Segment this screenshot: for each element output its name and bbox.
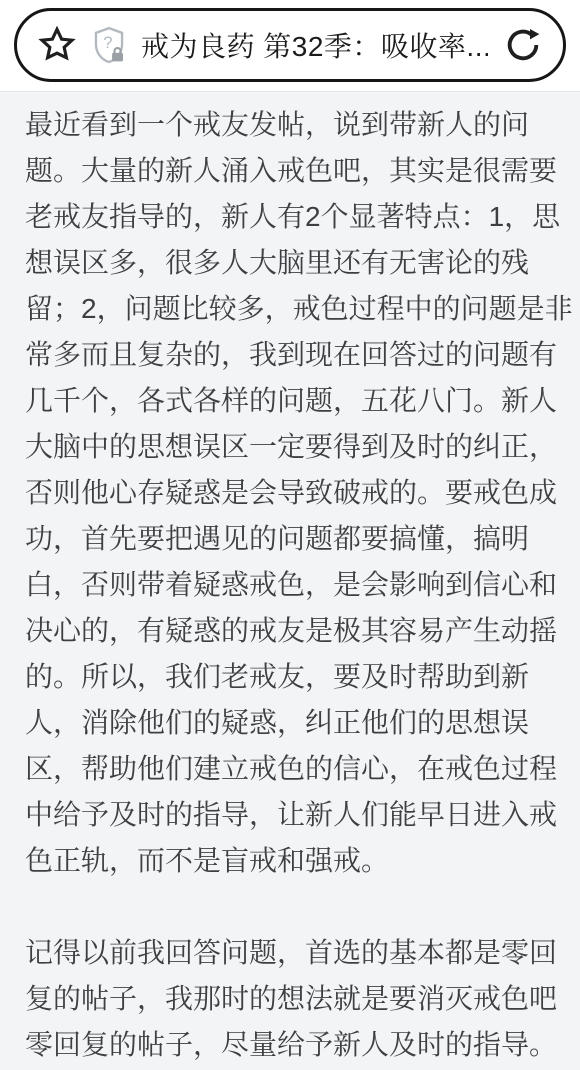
text-line: 否则他心存疑惑是会导致破戒的。要戒色成 — [25, 470, 555, 516]
text-line: 留；2，问题比较多，戒色过程中的问题是非 — [25, 286, 555, 332]
text-line: 几千个，各式各样的问题，五花八门。新人 — [25, 378, 555, 424]
text-line: 区，帮助他们建立戒色的信心，在戒色过程 — [25, 746, 555, 792]
text-line: 大脑中的思想误区一定要得到及时的纠正， — [25, 424, 555, 470]
text-line: 常多而且复杂的，我到现在回答过的问题有 — [25, 332, 555, 378]
text-line: 复的帖子，我那时的想法就是要消灭戒色吧 — [25, 976, 555, 1022]
paragraph: 记得以前我回答问题，首选的基本都是零回复的帖子，我那时的想法就是要消灭戒色吧零回… — [25, 930, 555, 1068]
privacy-shield-icon[interactable]: ? — [92, 26, 126, 64]
address-bar-title[interactable]: 戒为良药 第32季：吸收率... — [141, 25, 488, 65]
text-line: 功，首先要把遇见的问题都要搞懂，搞明 — [25, 516, 555, 562]
article: 最近看到一个戒友发帖，说到带新人的问题。大量的新人涌入戒色吧，其实是很需要老戒友… — [0, 92, 580, 1068]
bookmark-star-icon[interactable] — [37, 25, 77, 65]
text-line: 记得以前我回答问题，首选的基本都是零回 — [25, 930, 555, 976]
text-line: 人，消除他们的疑惑，纠正他们的思想误 — [25, 700, 555, 746]
browser-toolbar: ? 戒为良药 第32季：吸收率... — [0, 0, 580, 92]
text-line: 想误区多，很多人大脑里还有无害论的残 — [25, 240, 555, 286]
question-glyph: ? — [103, 33, 112, 52]
text-line: 白，否则带着疑惑戒色，是会影响到信心和 — [25, 562, 555, 608]
text-line: 决心的，有疑惑的戒友是极其容易产生动摇 — [25, 608, 555, 654]
address-bar[interactable]: ? 戒为良药 第32季：吸收率... — [14, 8, 566, 82]
text-line: 最近看到一个戒友发帖，说到带新人的问 — [25, 102, 555, 148]
refresh-icon[interactable] — [503, 25, 543, 65]
text-line: 色正轨，而不是盲戒和强戒。 — [25, 838, 555, 884]
paragraph: 最近看到一个戒友发帖，说到带新人的问题。大量的新人涌入戒色吧，其实是很需要老戒友… — [25, 102, 555, 884]
text-line: 老戒友指导的，新人有2个显著特点：1，思 — [25, 194, 555, 240]
text-line: 的。所以，我们老戒友，要及时帮助到新 — [25, 654, 555, 700]
text-line: 中给予及时的指导，让新人们能早日进入戒 — [25, 792, 555, 838]
text-line: 零回复的帖子，尽量给予新人及时的指导。 — [25, 1022, 555, 1068]
text-line: 题。大量的新人涌入戒色吧，其实是很需要 — [25, 148, 555, 194]
